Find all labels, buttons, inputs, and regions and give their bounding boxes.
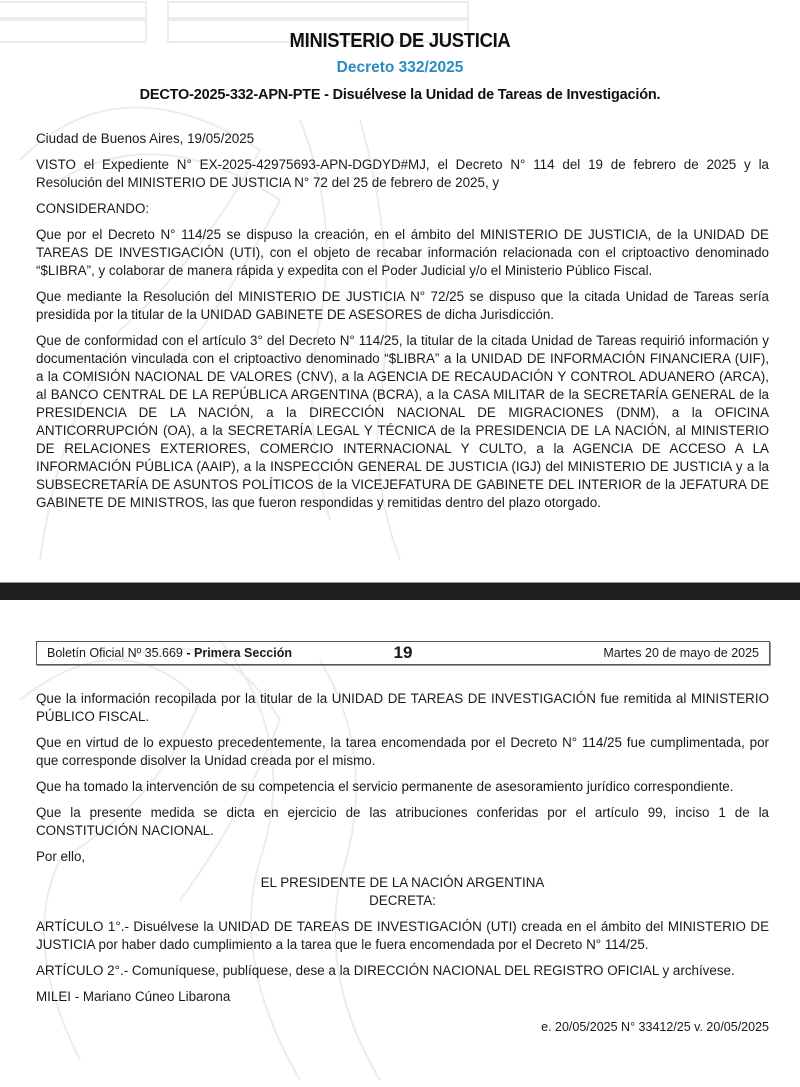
article-1: ARTÍCULO 1°.- Disuélvese la UNIDAD DE TA… bbox=[36, 918, 769, 954]
bulletin-info: Boletín Oficial Nº 35.669 - Primera Secc… bbox=[47, 646, 394, 660]
page-number: 19 bbox=[394, 643, 413, 663]
bulletin-number: Boletín Oficial Nº 35.669 bbox=[47, 646, 183, 660]
considerando-paragraph: Que de conformidad con el artículo 3° de… bbox=[36, 332, 769, 512]
decree-body: Que la información recopilada por la tit… bbox=[36, 690, 769, 1044]
decreta-line: DECRETA: bbox=[36, 892, 769, 910]
considerando-paragraph: Que ha tomado la intervención de su comp… bbox=[36, 778, 769, 796]
considerando-paragraph: Que mediante la Resolución del MINISTERI… bbox=[36, 288, 769, 324]
decreta-block: EL PRESIDENTE DE LA NACIÓN ARGENTINA DEC… bbox=[36, 874, 769, 910]
authority-line: EL PRESIDENTE DE LA NACIÓN ARGENTINA bbox=[36, 874, 769, 892]
considerando-paragraph: Que la presente medida se dicta en ejerc… bbox=[36, 804, 769, 840]
decree-preamble: Ciudad de Buenos Aires, 19/05/2025 VISTO… bbox=[36, 130, 769, 520]
considerando-paragraph: Que en virtud de lo expuesto precedentem… bbox=[36, 734, 769, 770]
considerando-paragraph: Que la información recopilada por la tit… bbox=[36, 690, 769, 726]
publication-reference: e. 20/05/2025 N° 33412/25 v. 20/05/2025 bbox=[36, 1018, 769, 1036]
place-date: Ciudad de Buenos Aires, 19/05/2025 bbox=[36, 130, 769, 148]
por-ello: Por ello, bbox=[36, 848, 769, 866]
bulletin-date: Martes 20 de mayo de 2025 bbox=[412, 646, 759, 660]
decree-number: Decreto 332/2025 bbox=[0, 59, 800, 77]
bulletin-section: Primera Sección bbox=[194, 646, 292, 660]
running-header: Boletín Oficial Nº 35.669 - Primera Secc… bbox=[36, 641, 770, 665]
page-bottom: Boletín Oficial Nº 35.669 - Primera Secc… bbox=[0, 600, 800, 1087]
considerando-paragraph: Que por el Decreto N° 114/25 se dispuso … bbox=[36, 226, 769, 280]
visto-paragraph: VISTO el Expediente N° EX-2025-42975693-… bbox=[36, 156, 769, 192]
page-separator bbox=[0, 582, 800, 600]
header-separator: - bbox=[183, 646, 194, 660]
page-top: MINISTERIO DE JUSTICIA Decreto 332/2025 … bbox=[0, 0, 800, 582]
ministry-title: MINISTERIO DE JUSTICIA bbox=[32, 30, 768, 53]
signatures: MILEI - Mariano Cúneo Libarona bbox=[36, 988, 769, 1006]
article-2: ARTÍCULO 2°.- Comuníquese, publíquese, d… bbox=[36, 962, 769, 980]
considerando-heading: CONSIDERANDO: bbox=[36, 200, 769, 218]
decree-subtitle: DECTO-2025-332-APN-PTE - Disuélvese la U… bbox=[0, 87, 800, 103]
